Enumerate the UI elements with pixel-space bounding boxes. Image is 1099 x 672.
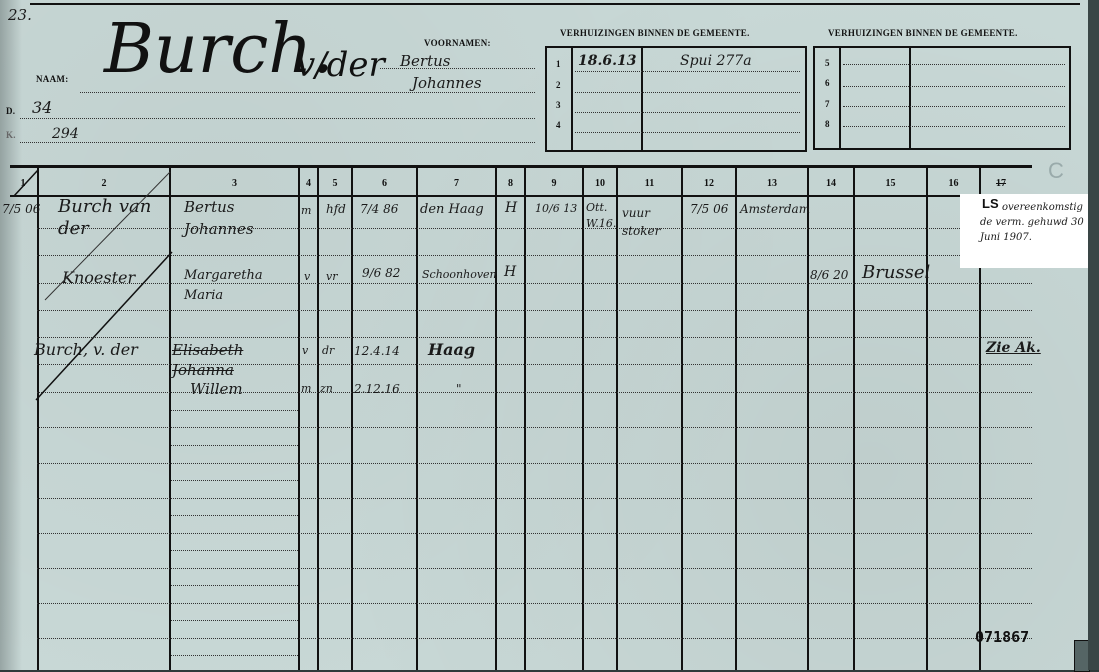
marriage-annotation: LS overeenkomstig de verm. gehuwd 30 Jun… — [960, 194, 1088, 268]
archive-number: 071867 — [975, 628, 1029, 646]
annotation-text: overeenkomstig de verm. gehuwd 30 Juni 1… — [980, 200, 1086, 245]
scan-border — [1088, 0, 1099, 670]
strike-lines — [0, 0, 1088, 670]
population-register-card: 23. NAAM: Burch. v/der VOORNAMEN: Bertus… — [0, 0, 1088, 670]
